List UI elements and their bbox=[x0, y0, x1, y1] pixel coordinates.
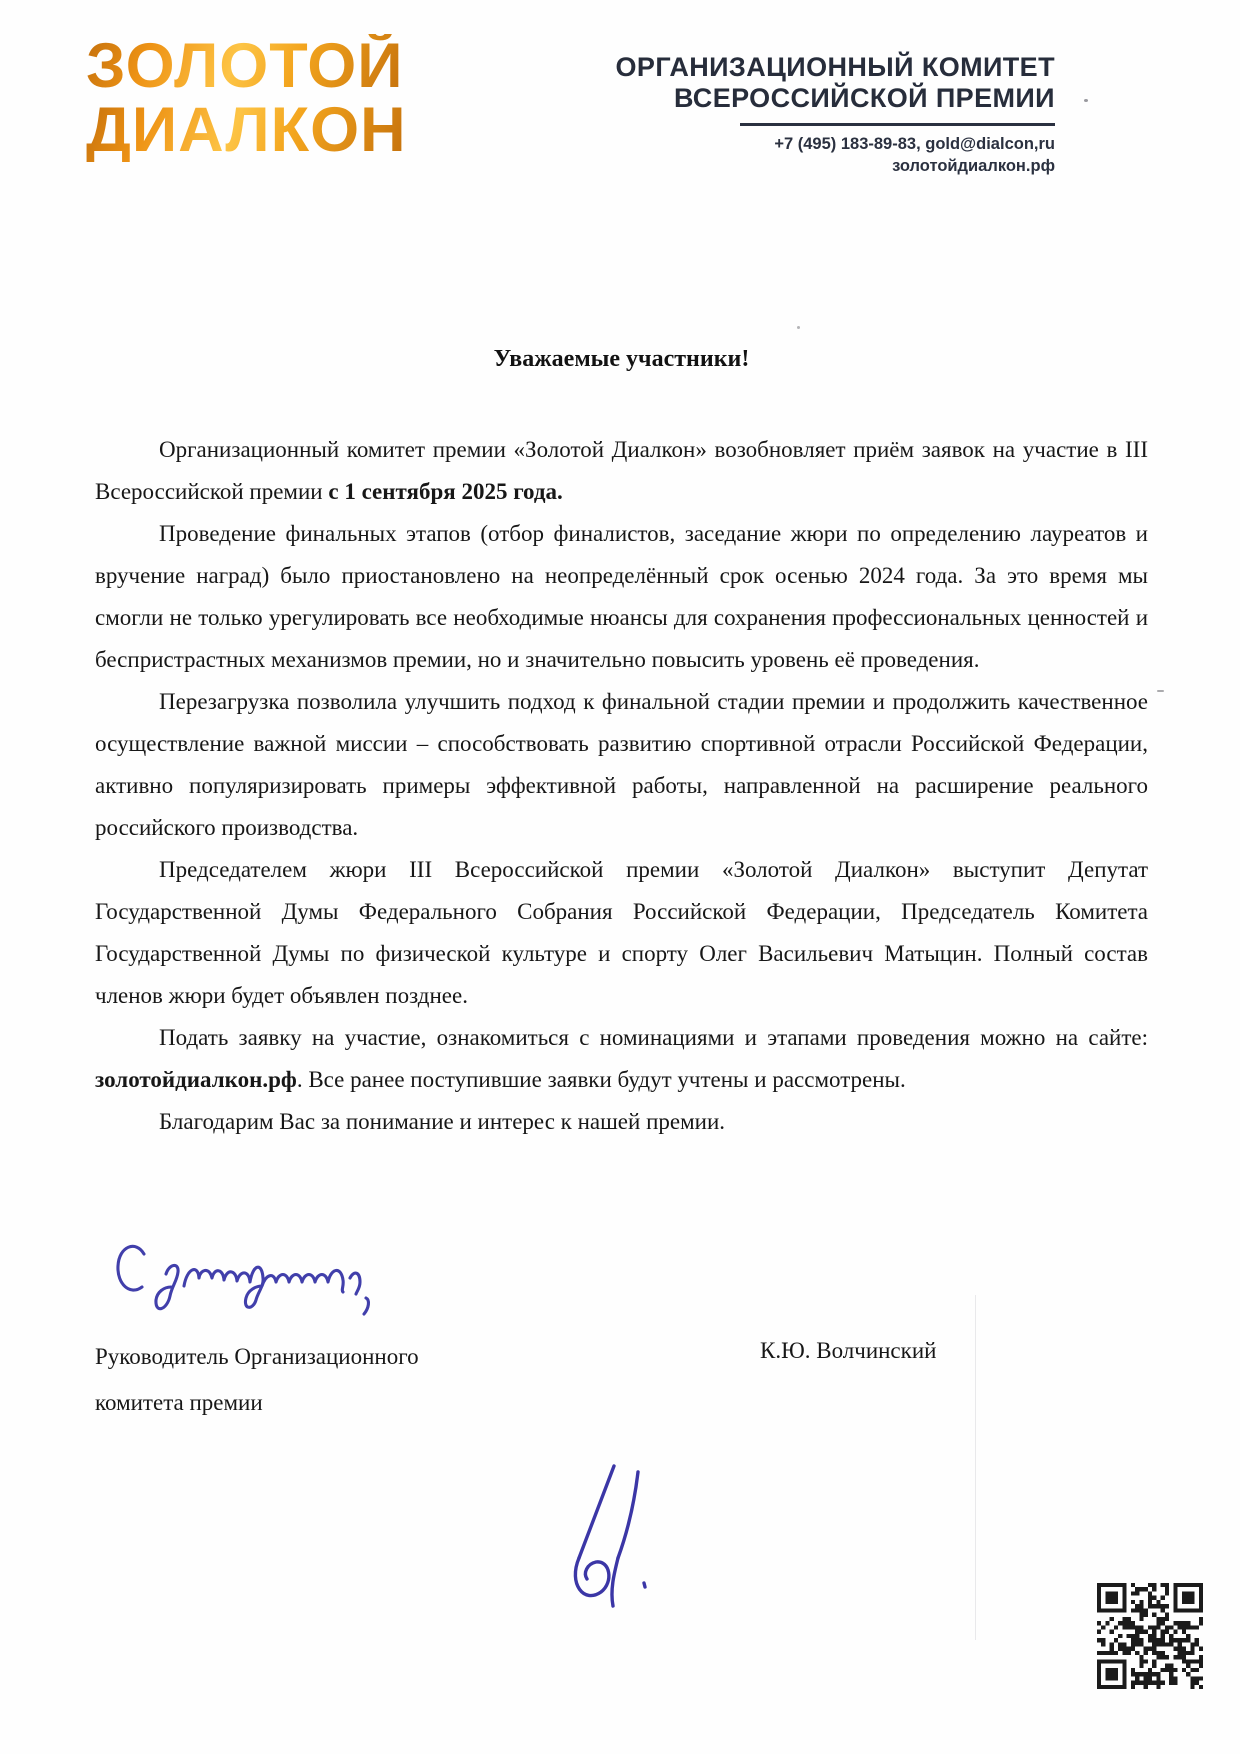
scan-speck bbox=[1157, 690, 1164, 692]
paragraph: Благодарим Вас за понимание и интерес к … bbox=[95, 1101, 1148, 1143]
letter-page: ЗОЛОТОЙ ДИАЛКОН ОРГАНИЗАЦИОННЫЙ КОМИТЕТ … bbox=[0, 0, 1240, 1754]
handwritten-regards bbox=[110, 1234, 390, 1326]
salutation-heading: Уважаемые участники! bbox=[95, 346, 1148, 373]
paragraph: Перезагрузка позволила улучшить подход к… bbox=[95, 681, 1148, 849]
paragraph: Председателем жюри III Всероссийской пре… bbox=[95, 849, 1148, 1017]
org-title-line1: ОРГАНИЗАЦИОННЫЙ КОМИТЕТ bbox=[616, 52, 1055, 83]
logo-word-dialcon: ДИАЛКОН bbox=[86, 98, 407, 162]
signer-position-line1: Руководитель Организационного bbox=[95, 1334, 419, 1380]
letter-body: Организационный комитет премии «Золотой … bbox=[95, 429, 1148, 1143]
brand-logo: ЗОЛОТОЙ ДИАЛКОН bbox=[86, 34, 407, 162]
contact-website: золотойдиалкон.рф bbox=[616, 155, 1055, 177]
scan-crease bbox=[975, 1295, 976, 1640]
signer-position: Руководитель Организационного комитета п… bbox=[95, 1334, 419, 1426]
org-title-line2: ВСЕРОССИЙСКОЙ ПРЕМИИ bbox=[616, 83, 1055, 114]
scan-speck bbox=[797, 326, 800, 329]
contact-phone-email: +7 (495) 183-89-83, gold@dialcon,ru bbox=[616, 133, 1055, 155]
signer-position-line2: комитета премии bbox=[95, 1380, 419, 1426]
paragraph: Проведение финальных этапов (отбор финал… bbox=[95, 513, 1148, 681]
signer-name: К.Ю. Волчинский bbox=[760, 1338, 936, 1364]
paragraph: Организационный комитет премии «Золотой … bbox=[95, 429, 1148, 513]
letterhead-org-block: ОРГАНИЗАЦИОННЫЙ КОМИТЕТ ВСЕРОССИЙСКОЙ ПР… bbox=[616, 52, 1055, 177]
signature bbox=[556, 1458, 676, 1623]
paragraph: Подать заявку на участие, ознакомиться с… bbox=[95, 1017, 1148, 1101]
logo-word-zolotoy: ЗОЛОТОЙ bbox=[86, 34, 407, 98]
scan-speck bbox=[1084, 99, 1088, 102]
header-divider bbox=[740, 123, 1055, 126]
qr-code bbox=[1097, 1583, 1203, 1689]
